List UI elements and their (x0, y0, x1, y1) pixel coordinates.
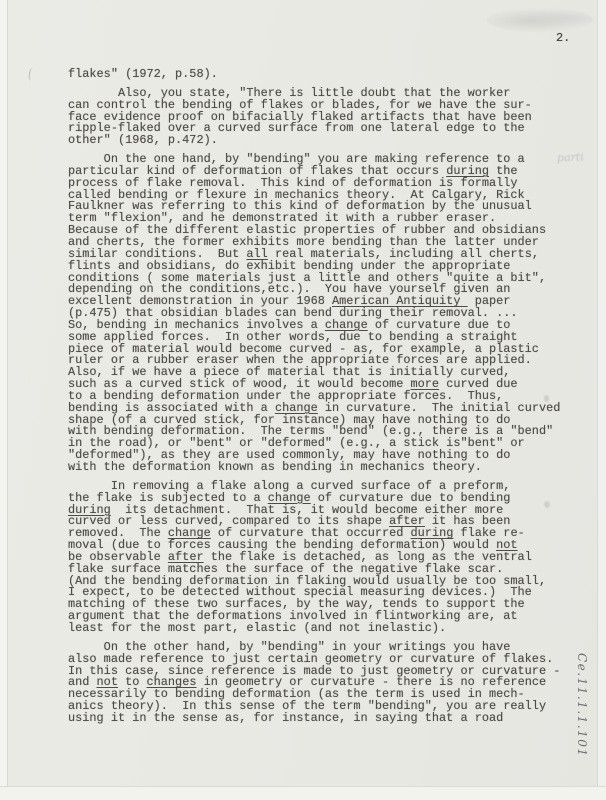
paragraph: On the other hand, by "bending" in your … (68, 642, 580, 725)
text-line: flakes" (1972, p.58). (68, 69, 580, 81)
scanned-letter-page: 2. parti flakes" (1972, p.58). Also, you… (0, 0, 606, 800)
paragraph: In removing a flake along a curved surfa… (68, 481, 580, 635)
stray-pencil-mark (28, 68, 36, 82)
text-line: with the deformation known as bending in… (68, 462, 580, 474)
handwritten-catalog-number: Ce.11.1.1.101 (575, 653, 589, 773)
text-line: other" (1968, p.472). (68, 135, 580, 147)
paragraph: On the one hand, by "bending" you are ma… (68, 154, 580, 474)
letter-body: flakes" (1972, p.58). Also, you state, "… (68, 69, 580, 725)
text-line: least for the most part, elastic (and no… (68, 623, 580, 635)
text-line: using it in the sense as, for instance, … (68, 713, 580, 725)
paper-edge-bottom (0, 786, 606, 800)
paper-edge-right (597, 0, 606, 800)
page-number: 2. (556, 31, 570, 45)
paper-edge-left (0, 0, 8, 800)
paragraph: Also, you state, "There is little doubt … (68, 88, 580, 147)
erased-pencil-smudge (487, 8, 593, 32)
paragraph: flakes" (1972, p.58). (68, 69, 580, 81)
